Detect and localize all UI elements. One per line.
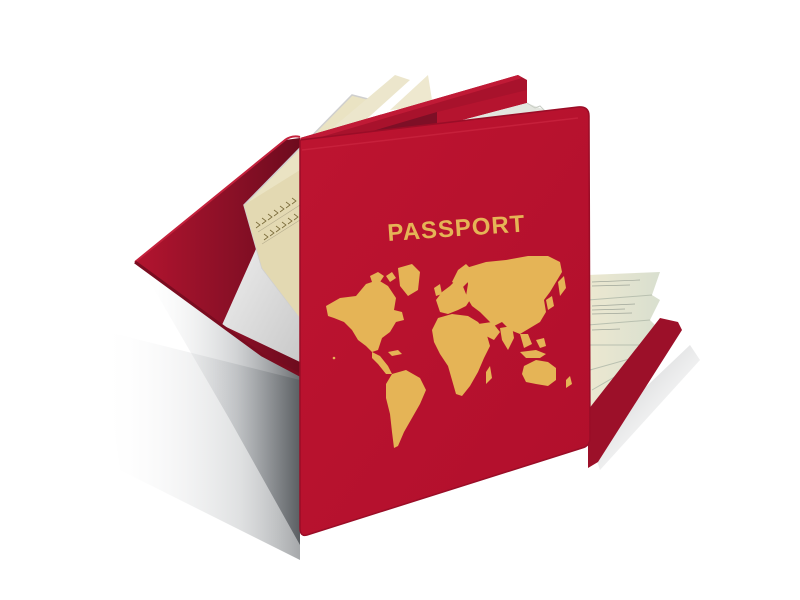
front-cover: PASSPORT: [300, 107, 590, 535]
passport-photo: PASSPORT: [0, 0, 800, 600]
